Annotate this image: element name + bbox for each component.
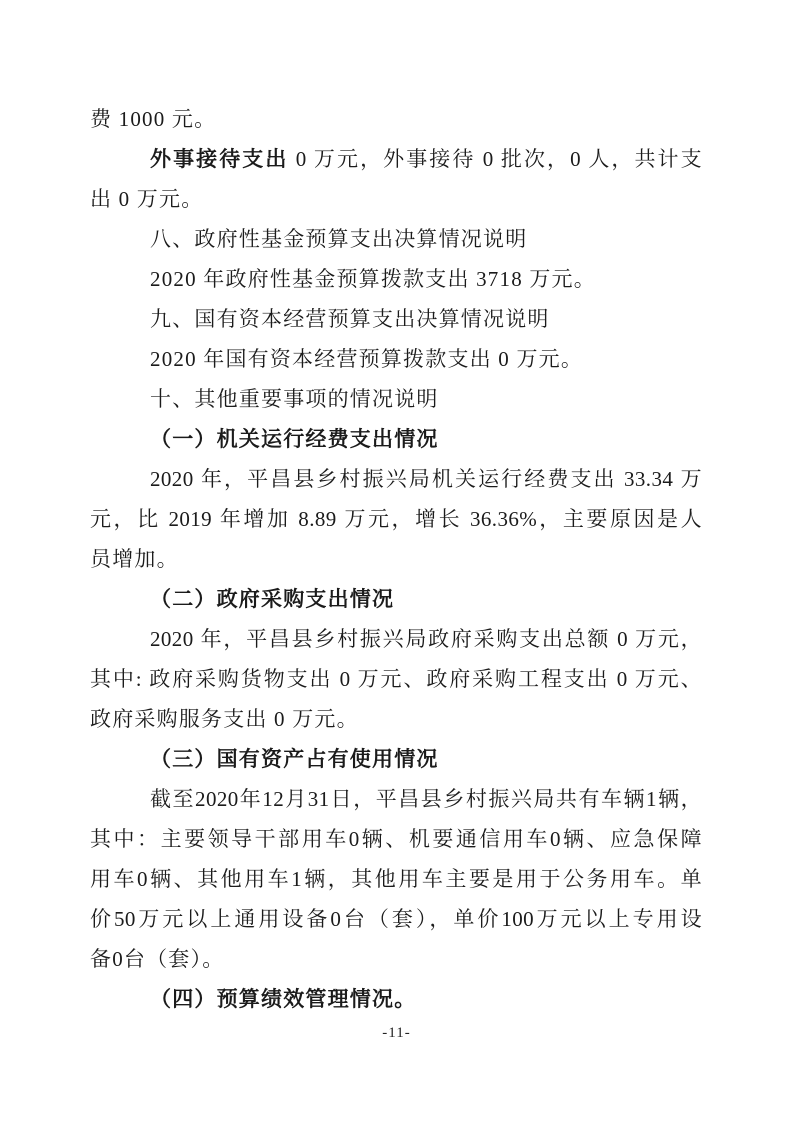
text-segment: （一）机关运行经费支出情况 [150,427,439,451]
doc-line-20: 用车0辆、其他用车1辆，其他用车主要是用于公务用车。单 [90,859,702,899]
text-segment: 其中：主要领导干部用车0辆、机要通信用车0辆、应急保障 [90,827,702,851]
text-segment: 出 0 万元。 [90,187,203,211]
doc-line-16: 政府采购服务支出 0 万元。 [90,699,702,739]
doc-line-9: （一）机关运行经费支出情况 [90,419,702,459]
doc-line-17: （三）国有资产占有使用情况 [90,739,702,779]
doc-line-13: （二）政府采购支出情况 [90,579,702,619]
text-segment: 九、国有资本经营预算支出决算情况说明 [150,308,550,331]
text-segment: 0 万元，外事接待 0 批次，0 人，共计支 [288,147,702,171]
doc-line-22: 备0台（套）。 [90,939,702,979]
doc-line-8: 十、其他重要事项的情况说明 [90,379,702,419]
doc-line-11: 元，比 2019 年增加 8.89 万元，增长 36.36%，主要原因是人 [90,499,702,539]
text-segment: 八、政府性基金预算支出决算情况说明 [150,228,527,251]
text-segment: 2020 年，平昌县乡村振兴局政府采购支出总额 0 万元， [150,627,702,651]
doc-line-2: 外事接待支出 0 万元，外事接待 0 批次，0 人，共计支 [90,139,702,179]
text-segment: 用车0辆、其他用车1辆，其他用车主要是用于公务用车。单 [90,867,702,891]
doc-line-4: 八、政府性基金预算支出决算情况说明 [90,219,702,259]
text-segment: 价50万元以上通用设备0台（套），单价100万元以上专用设 [90,907,702,931]
doc-line-3: 出 0 万元。 [90,179,702,219]
doc-line-21: 价50万元以上通用设备0台（套），单价100万元以上专用设 [90,899,702,939]
doc-line-10: 2020 年，平昌县乡村振兴局机关运行经费支出 33.34 万 [90,459,702,499]
doc-line-12: 员增加。 [90,539,702,579]
doc-line-6: 九、国有资本经营预算支出决算情况说明 [90,299,702,339]
text-segment: 外事接待支出 [150,147,288,171]
text-segment: 政府采购服务支出 0 万元。 [90,707,359,731]
doc-line-15: 其中: 政府采购货物支出 0 万元、政府采购工程支出 0 万元、 [90,659,702,699]
text-segment: 员增加。 [90,547,179,571]
text-segment: 2020 年，平昌县乡村振兴局机关运行经费支出 33.34 万 [150,467,702,491]
page-number: -11- [0,1022,793,1044]
text-segment: 备0台（套）。 [90,947,224,971]
text-segment: 2020 年政府性基金预算拨款支出 3718 万元。 [150,267,596,291]
doc-line-14: 2020 年，平昌县乡村振兴局政府采购支出总额 0 万元， [90,619,702,659]
doc-line-7: 2020 年国有资本经营预算拨款支出 0 万元。 [90,339,702,379]
text-segment: （二）政府采购支出情况 [150,587,394,611]
text-segment: 元，比 2019 年增加 8.89 万元，增长 36.36%，主要原因是人 [90,507,702,531]
text-segment: （三）国有资产占有使用情况 [150,747,439,771]
doc-line-5: 2020 年政府性基金预算拨款支出 3718 万元。 [90,259,702,299]
text-segment: 费 1000 元。 [90,107,216,131]
document-page: 费 1000 元。外事接待支出 0 万元，外事接待 0 批次，0 人，共计支出 … [0,0,793,1122]
doc-line-1: 费 1000 元。 [90,99,702,139]
document-body: 费 1000 元。外事接待支出 0 万元，外事接待 0 批次，0 人，共计支出 … [90,99,702,1019]
doc-line-18: 截至2020年12月31日，平昌县乡村振兴局共有车辆1辆， [90,779,702,819]
doc-line-23: （四）预算绩效管理情况。 [90,979,702,1019]
text-segment: 2020 年国有资本经营预算拨款支出 0 万元。 [150,347,583,371]
text-segment: 十、其他重要事项的情况说明 [150,388,439,411]
doc-line-19: 其中：主要领导干部用车0辆、机要通信用车0辆、应急保障 [90,819,702,859]
text-segment: 截至2020年12月31日，平昌县乡村振兴局共有车辆1辆， [150,787,702,811]
text-segment: （四）预算绩效管理情况。 [150,987,416,1011]
text-segment: 其中: 政府采购货物支出 0 万元、政府采购工程支出 0 万元、 [90,667,702,691]
